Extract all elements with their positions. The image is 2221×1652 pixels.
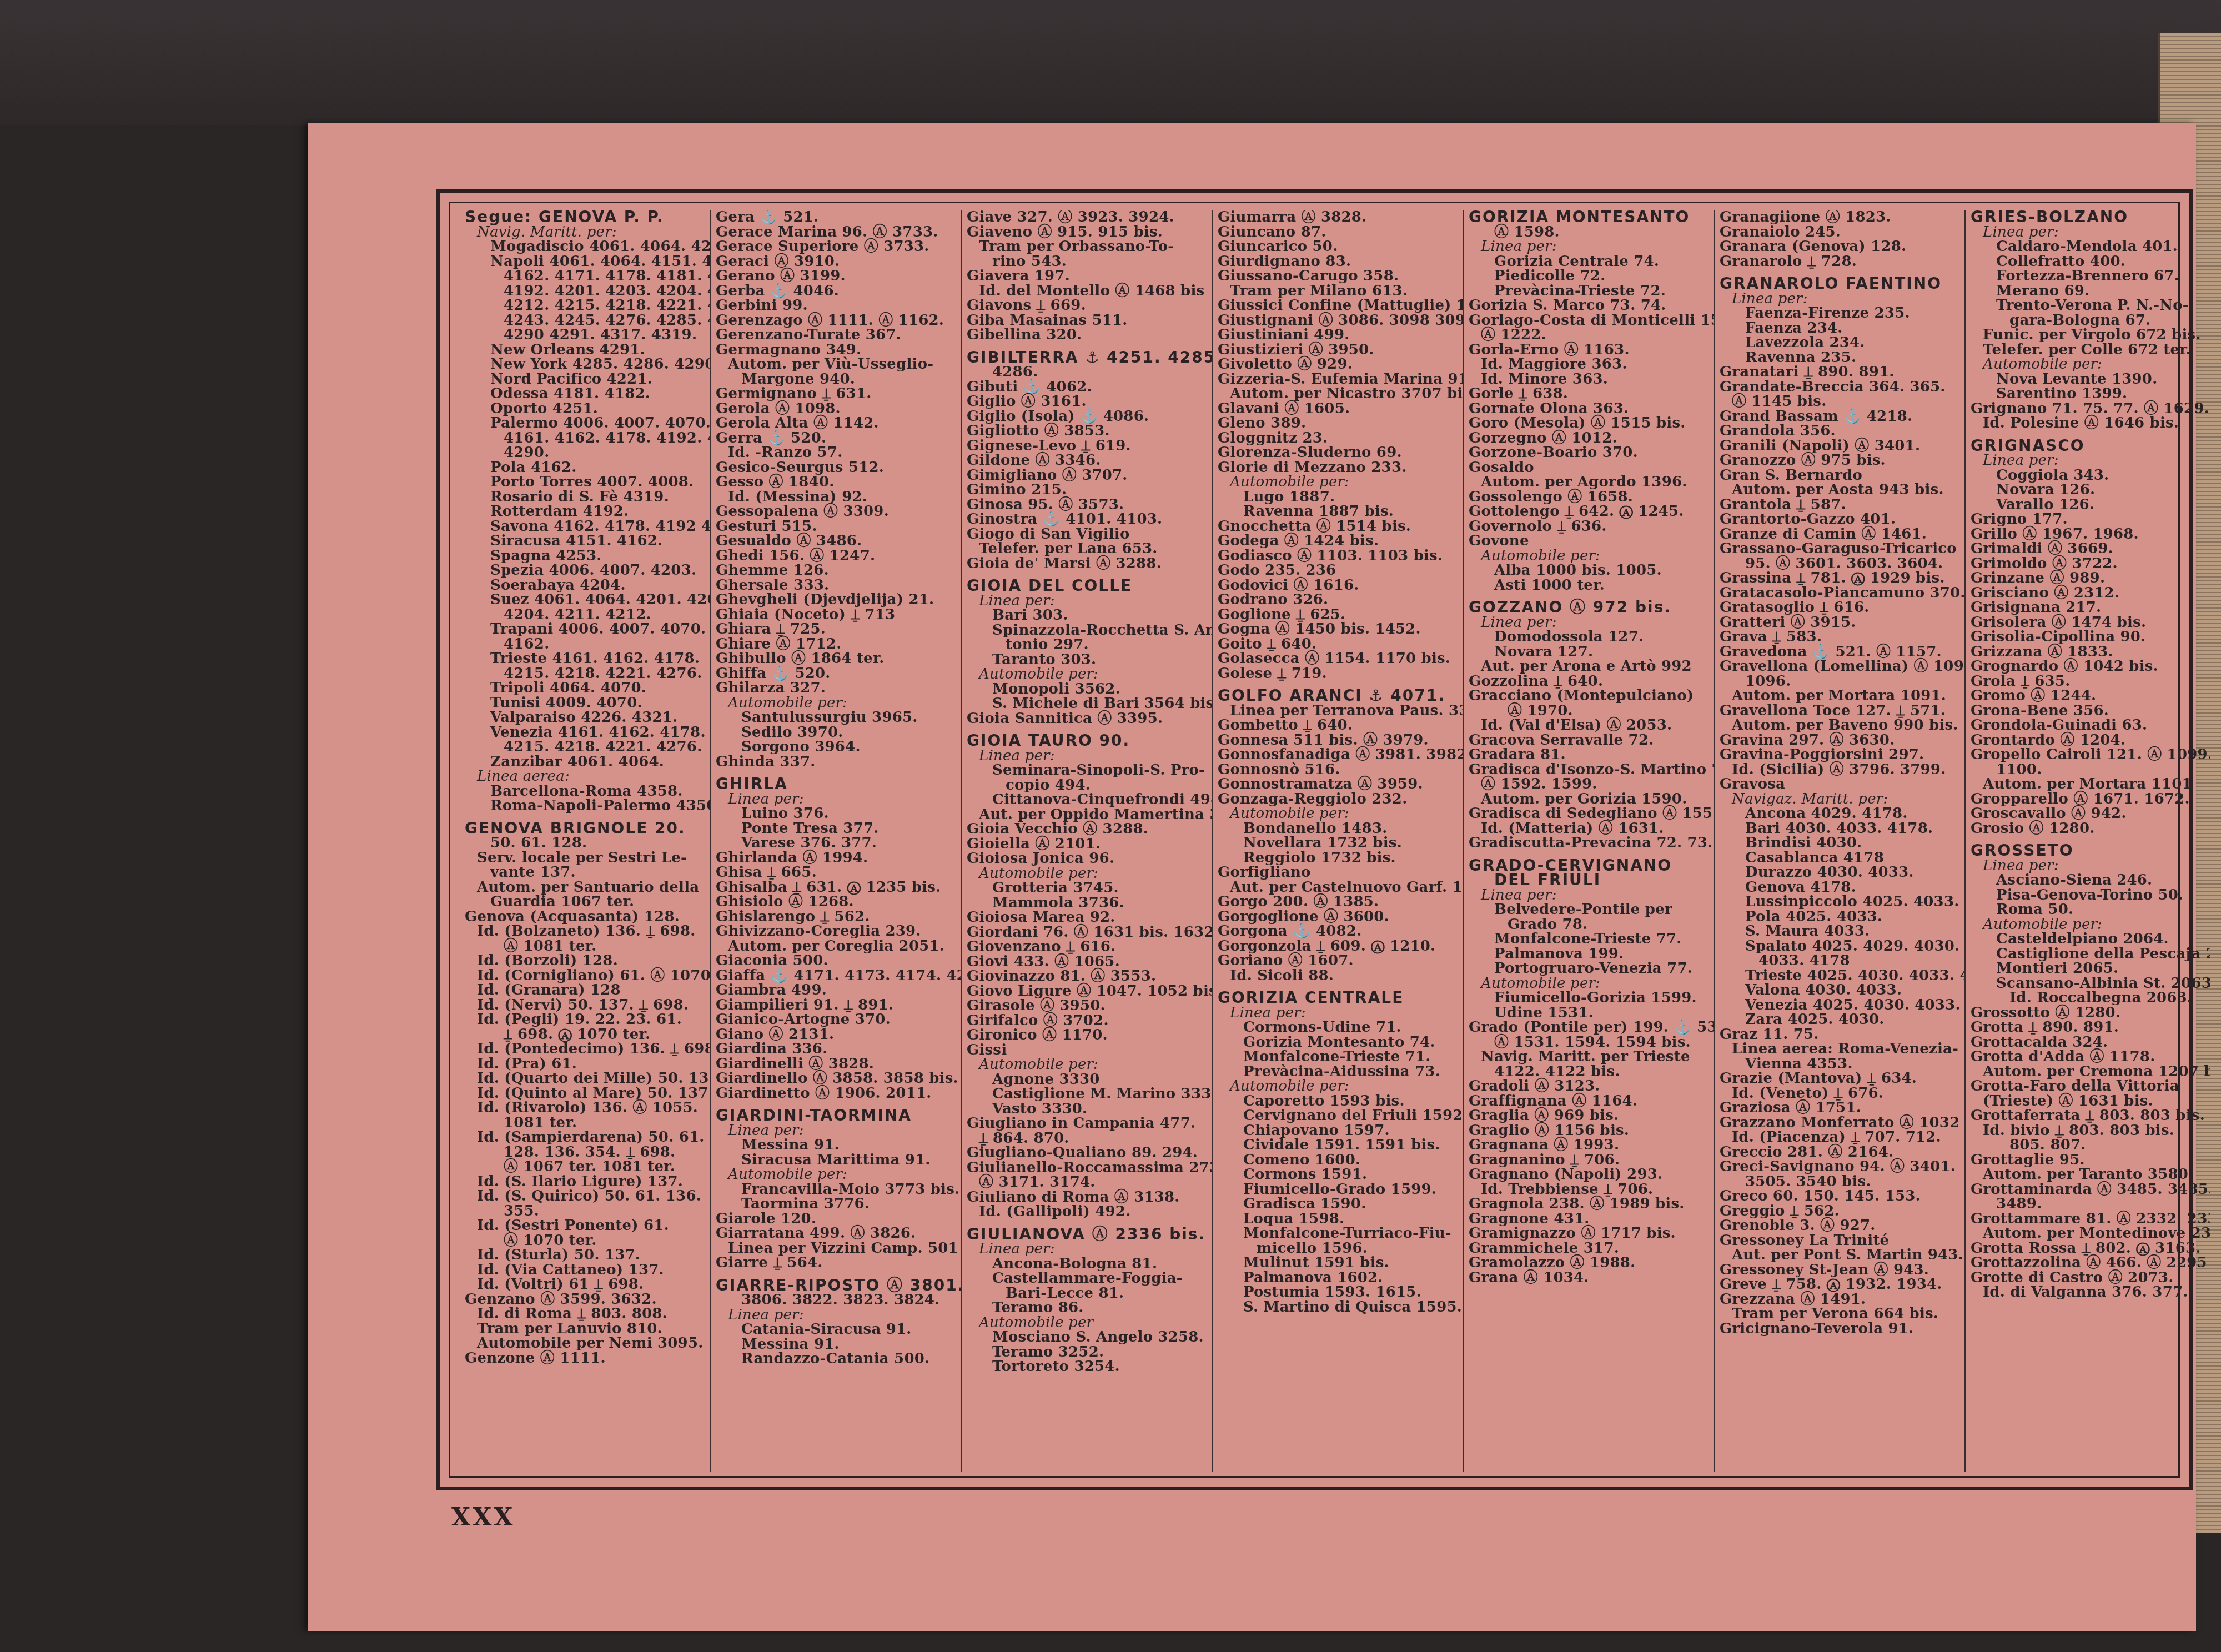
index-column-1: Segue: GENOVA P. P.Navig. Maritt. per:Mo… bbox=[460, 210, 711, 1472]
index-entry: Id. Sicoli 88. bbox=[1218, 968, 1457, 983]
table-frame-inner: Segue: GENOVA P. P.Navig. Maritt. per:Mo… bbox=[449, 202, 2180, 1478]
index-entry: Tram per Lanuvio 810. bbox=[465, 1322, 704, 1337]
index-entry: Gressoney St-Jean Ⓐ 943. bbox=[1720, 1263, 1959, 1278]
station-heading: GOZZANO Ⓐ 972 bis. bbox=[1469, 600, 1708, 615]
station-heading: GRANAROLO FAENTINO bbox=[1720, 277, 1959, 292]
index-entry: vante 137. bbox=[465, 865, 704, 880]
index-entry: New York 4285. 4286. 4290. bbox=[465, 357, 704, 372]
station-heading: GRIES-BOLZANO bbox=[1971, 210, 2205, 225]
index-entry: Fortezza-Brennero 67. bbox=[1971, 269, 2205, 284]
index-entry: Postumia 1593. 1615. bbox=[1218, 1285, 1457, 1300]
index-entry: Gonzaga-Reggiolo 232. bbox=[1218, 792, 1457, 807]
index-entry: Grottaferrata ⍊ 803. 803 bis. 805 bbox=[1971, 1108, 2205, 1123]
index-entry: Seminara-Sinopoli-S. Pro- bbox=[967, 763, 1206, 778]
index-entry: Castellammare-Foggia- bbox=[967, 1271, 1206, 1286]
index-entry: Gironico Ⓐ 1170. bbox=[967, 1028, 1206, 1043]
index-entry: Aut. per Oppido Mamertina 3742. bbox=[967, 807, 1206, 822]
index-entry: Giuncano 87. bbox=[1218, 225, 1457, 240]
index-entry: Granara (Genova) 128. bbox=[1720, 239, 1959, 254]
index-entry: Siracusa 4151. 4162. bbox=[465, 534, 704, 549]
book-page: Segue: GENOVA P. P.Navig. Maritt. per:Mo… bbox=[308, 123, 2196, 1631]
index-entry: Venezia 4161. 4162. 4178. bbox=[465, 725, 704, 740]
index-entry: Glavani Ⓐ 1605. bbox=[1218, 401, 1457, 416]
index-entry: Grigno 177. bbox=[1971, 512, 2205, 527]
index-entry: Gorle ⍊ 638. bbox=[1469, 386, 1708, 401]
index-entry: Grola ⍊ 635. bbox=[1971, 674, 2205, 689]
index-column-5: GORIZIA MONTESANTOⒶ 1598.Linea per:Goriz… bbox=[1464, 210, 1715, 1472]
station-heading: GIARDINI-TAORMINA bbox=[716, 1108, 955, 1123]
index-entry: Ghiara ⍊ 725. bbox=[716, 622, 955, 637]
index-entry: Spezia 4006. 4007. 4203. bbox=[465, 563, 704, 578]
index-entry: Casteldelpiano 2064. bbox=[1971, 932, 2205, 947]
station-heading: GRIGNASCO bbox=[1971, 439, 2205, 454]
index-entry: Catania-Siracusa 91. bbox=[716, 1322, 955, 1337]
index-entry: Napoli 4061. 4064. 4151. 4161. bbox=[465, 254, 704, 269]
index-entry: Grotteria 3745. bbox=[967, 881, 1206, 896]
index-entry: Grossotto Ⓐ 1280. bbox=[1971, 1006, 2205, 1021]
index-entry: Giardinetto Ⓐ 1906. 2011. bbox=[716, 1086, 955, 1101]
index-entry: Grava ⍊ 583. bbox=[1720, 630, 1959, 645]
index-entry: Messina 91. bbox=[716, 1337, 955, 1352]
index-entry: Gracciano (Montepulciano) bbox=[1469, 689, 1708, 704]
index-entry: Girifalco Ⓐ 3702. bbox=[967, 1013, 1206, 1028]
index-entry: Ⓐ 1070 ter. bbox=[465, 1233, 704, 1248]
index-entry: Linea per: bbox=[1720, 292, 1959, 307]
index-entry: S. Martino di Quisca 1595. bbox=[1218, 1300, 1457, 1315]
index-entry: Giovinazzo 81. Ⓐ 3553. bbox=[967, 969, 1206, 984]
index-entry: Golasecca Ⓐ 1154. 1170 bis. bbox=[1218, 651, 1457, 666]
index-entry: Trieste 4025. 4030. 4033. 4178. bbox=[1720, 968, 1959, 983]
index-entry: Grandate-Breccia 364. 365. bbox=[1720, 380, 1959, 395]
index-entry: Grotta d'Adda Ⓐ 1178. bbox=[1971, 1050, 2205, 1064]
index-entry: Genova (Acquasanta) 128. bbox=[465, 910, 704, 925]
index-entry: Gressoney La Trinité bbox=[1720, 1233, 1959, 1248]
index-entry: Taormina 3776. bbox=[716, 1197, 955, 1212]
index-entry: rino 543. bbox=[967, 254, 1206, 269]
index-entry: Automobile per: bbox=[967, 1057, 1206, 1072]
index-entry: Grinzane Ⓐ 989. bbox=[1971, 571, 2205, 586]
station-heading: GIULIANOVA Ⓐ 2336 bis. 3249. bbox=[967, 1227, 1206, 1242]
index-entry: Giarre ⍊ 564. bbox=[716, 1256, 955, 1271]
index-entry: Zanzibar 4061. 4064. bbox=[465, 755, 704, 770]
index-entry: Ancona-Bologna 81. bbox=[967, 1257, 1206, 1272]
index-entry: Giovenzano ⍊ 616. bbox=[967, 940, 1206, 955]
station-heading: GENOVA BRIGNOLE 20. bbox=[465, 821, 704, 836]
index-entry: Gerola Ⓐ 1098. bbox=[716, 401, 955, 416]
index-entry: Ginostra ⚓ 4101. 4103. bbox=[967, 512, 1206, 527]
index-entry: Gesturi 515. bbox=[716, 519, 955, 534]
index-entry: Giovo Ligure Ⓐ 1047. 1052 bis. bbox=[967, 984, 1206, 999]
index-entry: Id. (Nervi) 50. 137. ⍊ 698. bbox=[465, 998, 704, 1013]
index-entry: Godrano 326. bbox=[1218, 592, 1457, 607]
dark-background bbox=[0, 0, 2221, 125]
index-entry: Tram per Orbassano-To- bbox=[967, 239, 1206, 254]
index-entry: Goro (Mesola) Ⓐ 1515 bis. bbox=[1469, 416, 1708, 431]
index-entry: Grazie (Mantova) ⍊ 634. bbox=[1720, 1071, 1959, 1086]
index-entry: Mogadiscio 4061. 4064. 4215. bbox=[465, 239, 704, 254]
index-entry: Id. (Messina) 92. bbox=[716, 490, 955, 505]
index-entry: New Orleans 4291. bbox=[465, 343, 704, 358]
index-entry: Gioia Sannitica Ⓐ 3395. bbox=[967, 711, 1206, 726]
index-entry: Autom. per Montedinove 2328 bbox=[1971, 1226, 2205, 1241]
index-entry: Gosaldo bbox=[1469, 460, 1708, 475]
index-entry: Cormons 1591. bbox=[1218, 1167, 1457, 1182]
index-entry: Gioiosa Marea 92. bbox=[967, 910, 1206, 925]
index-entry: Luino 376. bbox=[716, 806, 955, 821]
index-entry: Gravina-Poggiorsini 297. bbox=[1720, 747, 1959, 762]
index-entry: Giba Masainas 511. bbox=[967, 313, 1206, 328]
index-entry: Giardinelli Ⓐ 3828. bbox=[716, 1057, 955, 1072]
index-entry: Gravosa bbox=[1720, 777, 1959, 792]
index-entry: Giustignani Ⓐ 3086. 3098 3099. bbox=[1218, 313, 1457, 328]
index-entry: Gioia Vecchio Ⓐ 3288. bbox=[967, 822, 1206, 837]
index-entry: Linea per: bbox=[1218, 1006, 1457, 1021]
index-entry: Grottaminarda Ⓐ 3485. 3485. bbox=[1971, 1182, 2205, 1197]
index-entry: Giugliano in Campania 477. bbox=[967, 1116, 1206, 1131]
index-entry: Glorenza-Sluderno 69. bbox=[1218, 445, 1457, 460]
index-entry: Spagna 4253. bbox=[465, 549, 704, 564]
index-entry: Linea per Vizzini Camp. 501 bbox=[716, 1241, 955, 1256]
index-entry: Ghisiolo Ⓐ 1268. bbox=[716, 895, 955, 910]
station-heading: DEL FRIULI bbox=[1469, 873, 1708, 888]
index-entry: Funic. per Virgolo 672 bis. bbox=[1971, 328, 2205, 343]
index-entry: Gesualdo Ⓐ 3486. bbox=[716, 534, 955, 549]
index-entry: Autom. per Cremona 1207 bis. bbox=[1971, 1064, 2205, 1079]
index-entry: Linea per: bbox=[967, 749, 1206, 764]
index-entry: ⍊ 698. Ⓐ 1070 ter. bbox=[465, 1027, 704, 1042]
index-entry: Linea per: bbox=[967, 1242, 1206, 1257]
index-entry: Gerano Ⓐ 3199. bbox=[716, 269, 955, 284]
index-entry: Loqua 1598. bbox=[1218, 1212, 1457, 1227]
index-entry: Autom. per Mortara 1101 bbox=[1971, 777, 2205, 792]
index-entry: Grado (Pontile per) 199. ⚓ 530. bbox=[1469, 1020, 1708, 1035]
index-entry: Mammola 3736. bbox=[967, 896, 1206, 911]
index-entry: Gozzolina ⍊ 640. bbox=[1469, 674, 1708, 689]
index-entry: Soerabaya 4204. bbox=[465, 578, 704, 593]
index-entry: Ⓐ 1970. bbox=[1469, 704, 1708, 719]
index-entry: Gradisca 1590. bbox=[1218, 1197, 1457, 1212]
index-entry: Genzone Ⓐ 1111. bbox=[465, 1351, 704, 1366]
index-entry: 3505. 3540 bis. bbox=[1720, 1174, 1959, 1189]
index-entry: Nord Pacifico 4221. bbox=[465, 372, 704, 387]
table-frame: Segue: GENOVA P. P.Navig. Maritt. per:Mo… bbox=[436, 189, 2193, 1490]
index-entry: Varese 376. 377. bbox=[716, 836, 955, 851]
index-entry: Giurdignano 83. bbox=[1218, 254, 1457, 269]
index-entry: Trieste 4161. 4162. 4178. bbox=[465, 651, 704, 666]
index-entry: Grizzana Ⓐ 1833. bbox=[1971, 645, 2205, 660]
index-entry: Grognardo Ⓐ 1042 bis. bbox=[1971, 659, 2205, 674]
index-entry: Ⓐ 1222. bbox=[1469, 328, 1708, 343]
index-entry: Fiumicello-Grado 1599. bbox=[1218, 1182, 1457, 1197]
index-entry: Telefer. per Lana 653. bbox=[967, 541, 1206, 556]
index-entry: Gornate Olona 363. bbox=[1469, 401, 1708, 416]
index-entry: Gracova Serravalle 72. bbox=[1469, 733, 1708, 748]
index-entry: Gesso Ⓐ 1840. bbox=[716, 475, 955, 490]
index-entry: Fiumicello-Gorizia 1599. bbox=[1469, 991, 1708, 1006]
index-entry: Grassina ⍊ 781. Ⓐ 1929 bis. bbox=[1720, 571, 1959, 586]
index-entry: Pola 4025. 4033. bbox=[1720, 910, 1959, 925]
index-entry: Belvedere-Pontile per bbox=[1469, 902, 1708, 917]
index-entry: Id. Polesine Ⓐ 1646 bis. bbox=[1971, 416, 2205, 431]
index-entry: Gerace Superiore Ⓐ 3733. bbox=[716, 239, 955, 254]
page-number: XXX bbox=[451, 1503, 515, 1532]
index-entry: Savona 4162. 4178. 4192 4292. bbox=[465, 519, 704, 534]
index-entry: Graglio Ⓐ 1156 bis. bbox=[1469, 1123, 1708, 1138]
index-entry: 4192. 4201. 4203. 4204. 4211. bbox=[465, 284, 704, 299]
index-entry: Genova 4178. bbox=[1720, 880, 1959, 895]
index-entry: Godega Ⓐ 1424 bis. bbox=[1218, 534, 1457, 549]
index-entry: Grazzano Monferrato Ⓐ 1032 ter bbox=[1720, 1116, 1959, 1131]
index-entry: Gromo Ⓐ 1244. bbox=[1971, 689, 2205, 704]
index-entry: Bari 303. bbox=[967, 608, 1206, 623]
index-entry: Automobile per: bbox=[1971, 917, 2205, 932]
index-entry: Id. Trebbiense ⍊ 706. bbox=[1469, 1182, 1708, 1197]
index-entry: Goglione ⍊ 625. bbox=[1218, 607, 1457, 622]
index-entry: Id. (Pontedecimo) 136. ⍊ 698. bbox=[465, 1042, 704, 1057]
index-entry: Grisolera Ⓐ 1474 bis. bbox=[1971, 615, 2205, 630]
index-entry: Tortoreto 3254. bbox=[967, 1359, 1206, 1374]
index-entry: Caporetto 1593 bis. bbox=[1218, 1094, 1457, 1109]
index-entry: Gonnosnò 516. bbox=[1218, 762, 1457, 777]
station-heading: GIOIA TAURO 90. bbox=[967, 734, 1206, 749]
index-entry: 805. 807. bbox=[1971, 1138, 2205, 1153]
index-entry: Aut. per Arona e Artò 992 bbox=[1469, 659, 1708, 674]
index-entry: Autom. per Viù-Usseglio- bbox=[716, 357, 955, 372]
index-entry: Castiglione della Pescaja 2067. bbox=[1971, 947, 2205, 962]
index-column-7: GRIES-BOLZANOLinea per:Caldaro-Mendola 4… bbox=[1966, 210, 2210, 1472]
index-entry: Rosario di S. Fè 4319. bbox=[465, 490, 704, 505]
index-entry: Automobile per: bbox=[716, 1167, 955, 1182]
index-entry: Id. (Val d'Elsa) Ⓐ 2053. bbox=[1469, 718, 1708, 733]
index-entry: Barcellona-Roma 4358. bbox=[465, 784, 704, 799]
index-entry: Gerba ⚓ 4046. bbox=[716, 284, 955, 299]
index-entry: Cittanova-Cinquefrondi 498 bbox=[967, 792, 1206, 807]
index-entry: Valparaiso 4226. 4321. bbox=[465, 710, 704, 725]
index-entry: Ancona 4029. 4178. bbox=[1720, 806, 1959, 821]
index-entry: Automobile per: bbox=[716, 696, 955, 711]
index-entry: Gessopalena Ⓐ 3309. bbox=[716, 504, 955, 519]
index-entry: Francavilla-Moio 3773 bis. bbox=[716, 1182, 955, 1197]
index-entry: Bari-Lecce 81. bbox=[967, 1286, 1206, 1301]
index-entry: Ghirlanda Ⓐ 1994. bbox=[716, 851, 955, 866]
index-entry: Caldaro-Mendola 401. bbox=[1971, 239, 2205, 254]
index-entry: Gran S. Bernardo bbox=[1720, 468, 1959, 483]
index-entry: Ghisalba ⍊ 631. Ⓐ 1235 bis. bbox=[716, 880, 955, 895]
index-entry: 50. 61. 128. bbox=[465, 836, 704, 851]
index-entry: Ⓐ 1531. 1594. 1594 bis. bbox=[1469, 1035, 1708, 1050]
index-entry: Linea per: bbox=[1469, 615, 1708, 630]
index-entry: Ghedi 156. Ⓐ 1247. bbox=[716, 549, 955, 564]
index-entry: Gignese-Levo ⍊ 619. bbox=[967, 439, 1206, 454]
index-entry: Id. -Ranzo 57. bbox=[716, 445, 955, 460]
index-entry: Glorie di Mezzano 233. bbox=[1218, 460, 1457, 475]
index-entry: Grisolia-Cipollina 90. bbox=[1971, 630, 2205, 645]
index-entry: Id. (Quinto al Mare) 50. 137. bbox=[465, 1086, 704, 1101]
index-entry: Automobile per: bbox=[967, 866, 1206, 881]
index-entry: Grignano 71. 75. 77. Ⓐ 1629. bbox=[1971, 401, 2205, 416]
index-entry: 4215. 4218. 4221. 4276. bbox=[465, 666, 704, 681]
station-heading: GIBILTERRA ⚓ 4251. 4285. bbox=[967, 350, 1206, 365]
index-entry: Gottolengo ⍊ 642. Ⓐ 1245. bbox=[1469, 504, 1708, 519]
index-entry: Granze di Camin Ⓐ 1461. bbox=[1720, 527, 1959, 542]
index-entry: Automobile per: bbox=[1218, 475, 1457, 490]
index-entry: Lugo 1887. bbox=[1218, 490, 1457, 505]
index-entry: Gravedona ⚓ 521. Ⓐ 1157. bbox=[1720, 645, 1959, 660]
index-entry: 4290. bbox=[465, 445, 704, 460]
index-entry: Tram per Verona 664 bis. bbox=[1720, 1307, 1959, 1322]
index-entry: Ⓐ 1592. 1599. bbox=[1469, 777, 1708, 792]
index-entry: Siracusa Marittima 91. bbox=[716, 1153, 955, 1168]
index-entry: Giglio (Isola) ⚓ 4086. bbox=[967, 409, 1206, 424]
index-entry: Vasto 3330. bbox=[967, 1102, 1206, 1117]
index-entry: Monfalcone-Turriaco-Fiu- bbox=[1218, 1226, 1457, 1241]
index-entry: Faenza-Firenze 235. bbox=[1720, 306, 1959, 321]
index-entry: Giavera 197. bbox=[967, 269, 1206, 284]
index-entry: Grondola-Guinadi 63. bbox=[1971, 718, 2205, 733]
index-entry: 3806. 3822. 3823. 3824. bbox=[716, 1293, 955, 1308]
index-entry: Automobile per: bbox=[1218, 806, 1457, 821]
index-entry: Gragnana Ⓐ 1993. bbox=[1469, 1138, 1708, 1153]
index-entry: Id. (Cornigliano) 61. Ⓐ 1070 ter bbox=[465, 968, 704, 983]
index-entry: Ravenna 235. bbox=[1720, 350, 1959, 365]
index-entry: Gera ⚓ 521. bbox=[716, 210, 955, 225]
index-entry: 4212. 4215. 4218. 4221. 4242. bbox=[465, 298, 704, 313]
index-entry: Id. (Sturla) 50. 137. bbox=[465, 1248, 704, 1263]
index-entry: Goito ⍊ 640. bbox=[1218, 637, 1457, 652]
index-entry: Grana Ⓐ 1034. bbox=[1469, 1271, 1708, 1286]
index-entry: Greccio 281. Ⓐ 2164. bbox=[1720, 1145, 1959, 1160]
index-entry: Greco 60. 150. 145. 153. bbox=[1720, 1189, 1959, 1204]
index-entry: Comeno 1600. bbox=[1218, 1153, 1457, 1168]
index-entry: Ghevgheli (Djevdjelija) 21. bbox=[716, 592, 955, 607]
index-entry: Coggiola 343. bbox=[1971, 468, 2205, 483]
index-entry: Giussano-Carugo 358. bbox=[1218, 269, 1457, 284]
index-entry: Sorgono 3964. bbox=[716, 740, 955, 755]
index-entry: Grontardo Ⓐ 1204. bbox=[1971, 733, 2205, 748]
index-entry: Grand Bassam ⚓ 4218. bbox=[1720, 409, 1959, 424]
index-entry: Rotterdam 4192. bbox=[465, 504, 704, 519]
index-entry: Autom. per Santuario della bbox=[465, 880, 704, 895]
index-entry: tonio 297. bbox=[967, 637, 1206, 652]
index-entry: Pisa-Genova-Torino 50. bbox=[1971, 888, 2205, 903]
index-entry: Gogna Ⓐ 1450 bis. 1452. bbox=[1218, 622, 1457, 637]
index-entry: Gorizia Montesanto 74. bbox=[1218, 1035, 1457, 1050]
index-entry: Scansano-Albinia St. 2063. bbox=[1971, 976, 2205, 991]
index-entry: Gradiscutta-Prevacina 72. 73. bbox=[1469, 836, 1708, 851]
index-entry: Monfalcone-Trieste 71. bbox=[1218, 1050, 1457, 1064]
index-entry: Pola 4162. bbox=[465, 460, 704, 475]
index-entry: Geraci Ⓐ 3910. bbox=[716, 254, 955, 269]
index-entry: Givoletto Ⓐ 929. bbox=[1218, 357, 1457, 372]
station-heading: GIOIA DEL COLLE bbox=[967, 579, 1206, 594]
index-entry: Casablanca 4178 bbox=[1720, 851, 1959, 866]
index-entry: Chiapovano 1597. bbox=[1218, 1123, 1457, 1138]
station-heading: GIARRE-RIPOSTO Ⓐ 3801. bbox=[716, 1278, 955, 1293]
index-entry: Grona-Bene 356. bbox=[1971, 704, 2205, 719]
index-entry: Autom. per Gorizia 1590. bbox=[1469, 792, 1708, 807]
index-entry: Granili (Napoli) Ⓐ 3401. bbox=[1720, 439, 1959, 454]
index-entry: Grammichele 317. bbox=[1469, 1241, 1708, 1256]
index-entry: Linea per: bbox=[1469, 239, 1708, 254]
index-entry: Nova Levante 1390. bbox=[1971, 372, 2205, 387]
index-entry: Trapani 4006. 4007. 4070. bbox=[465, 622, 704, 637]
index-entry: Giumarra Ⓐ 3828. bbox=[1218, 210, 1457, 225]
index-entry: Linea aerea: bbox=[465, 769, 704, 784]
index-entry: Linea per: bbox=[1971, 858, 2205, 873]
index-entry: 4161. 4162. 4178. 4192. 4287. bbox=[465, 431, 704, 446]
index-entry: (Trieste) Ⓐ 1631 bis. bbox=[1971, 1094, 2205, 1109]
index-entry: Gerbini 99. bbox=[716, 298, 955, 313]
index-entry: Ⓐ 1598. bbox=[1469, 225, 1708, 240]
index-entry: Granarolo ⍊ 728. bbox=[1720, 254, 1959, 269]
index-entry: gara-Bologna 67. bbox=[1971, 313, 2205, 328]
index-entry: Varallo 126. bbox=[1971, 498, 2205, 513]
index-entry: 4204. 4211. 4212. bbox=[465, 607, 704, 622]
index-entry: Graziosa Ⓐ 1751. bbox=[1720, 1101, 1959, 1116]
index-entry: micello 1596. bbox=[1218, 1241, 1457, 1256]
index-entry: Id. (Borzoli) 128. bbox=[465, 953, 704, 968]
index-entry: Id. di Roma ⍊ 803. 808. bbox=[465, 1307, 704, 1322]
index-entry: Id. (Piacenza) ⍊ 707. 712. bbox=[1720, 1130, 1959, 1145]
index-entry: Gradoli Ⓐ 3123. bbox=[1469, 1079, 1708, 1094]
index-entry: Bari 4030. 4033. 4178. bbox=[1720, 821, 1959, 836]
index-entry: Grillo Ⓐ 1967. 1968. bbox=[1971, 527, 2205, 542]
index-entry: Linea aerea: Roma-Venezia- bbox=[1720, 1042, 1959, 1057]
index-entry: Aut. per Castelnuovo Garf. 1988. bbox=[1218, 880, 1457, 895]
index-entry: Gragnanino ⍊ 706. bbox=[1469, 1153, 1708, 1168]
index-entry: Ghibullo Ⓐ 1864 ter. bbox=[716, 651, 955, 666]
index-entry: 4162. bbox=[465, 637, 704, 652]
index-entry: Grassano-Garaguso-Tricarico bbox=[1720, 541, 1959, 556]
index-entry: Giglio Ⓐ 3161. bbox=[967, 394, 1206, 409]
index-entry: 4122. 4122 bis. bbox=[1469, 1064, 1708, 1079]
index-entry: Gradisca d'Isonzo-S. Martino 71 bbox=[1469, 762, 1708, 777]
index-entry: Gibuti ⚓ 4062. bbox=[967, 380, 1206, 395]
index-entry: 4033. 4178 bbox=[1720, 953, 1959, 968]
index-entry: 4286. bbox=[967, 365, 1206, 380]
index-entry: Grottammare 81. Ⓐ 2332. 2338. bbox=[1971, 1212, 2205, 1227]
index-entry: Giave 327. Ⓐ 3923. 3924. bbox=[967, 210, 1206, 225]
index-entry: Id. (Pra) 61. bbox=[465, 1057, 704, 1072]
index-entry: Ponte Tresa 377. bbox=[716, 821, 955, 836]
index-entry: Trento-Verona P. N.-No- bbox=[1971, 298, 2205, 313]
index-entry: Giussici Confine (Mattuglie) 1632 bis. bbox=[1218, 298, 1457, 313]
index-entry: Gravina 297. Ⓐ 3630. bbox=[1720, 733, 1959, 748]
index-entry: Giugliano-Qualiano 89. 294. bbox=[967, 1146, 1206, 1161]
index-entry: Godovici Ⓐ 1616. bbox=[1218, 578, 1457, 593]
index-entry: Id. (Veneto) ⍊ 676. bbox=[1720, 1086, 1959, 1101]
index-entry: Golese ⍊ 719. bbox=[1218, 666, 1457, 681]
station-heading: GORIZIA MONTESANTO bbox=[1469, 210, 1708, 225]
index-entry: Giaffa ⚓ 4171. 4173. 4174. 4244. bbox=[716, 968, 955, 983]
index-entry: Tram per Milano 613. bbox=[1218, 284, 1457, 299]
index-entry: 1100. bbox=[1971, 762, 2205, 777]
index-entry: Teramo 86. bbox=[967, 1300, 1206, 1315]
index-entry: Prevàcina-Trieste 72. bbox=[1469, 284, 1708, 299]
index-entry: Gramolazzo Ⓐ 1988. bbox=[1469, 1256, 1708, 1271]
index-entry: Gratasoglio ⍊ 616. bbox=[1720, 600, 1959, 615]
index-entry: Grezzana Ⓐ 1491. bbox=[1720, 1292, 1959, 1307]
index-entry: Godiasco Ⓐ 1103. 1103 bis. bbox=[1218, 549, 1457, 564]
index-entry: Giampilieri 91. ⍊ 891. bbox=[716, 998, 955, 1013]
index-entry: Automobile per Nemi 3095. bbox=[465, 1336, 704, 1351]
index-entry: Telefer. per Colle 672 ter. bbox=[1971, 343, 2205, 358]
index-entry: Ghislarengo ⍊ 562. bbox=[716, 910, 955, 925]
index-entry: Gorgo 200. Ⓐ 1385. bbox=[1218, 895, 1457, 910]
index-entry: 1096. bbox=[1720, 674, 1959, 689]
index-entry: Gorlago-Costa di Monticelli 154. bbox=[1469, 313, 1708, 328]
index-entry: Monopoli 3562. bbox=[967, 682, 1206, 697]
